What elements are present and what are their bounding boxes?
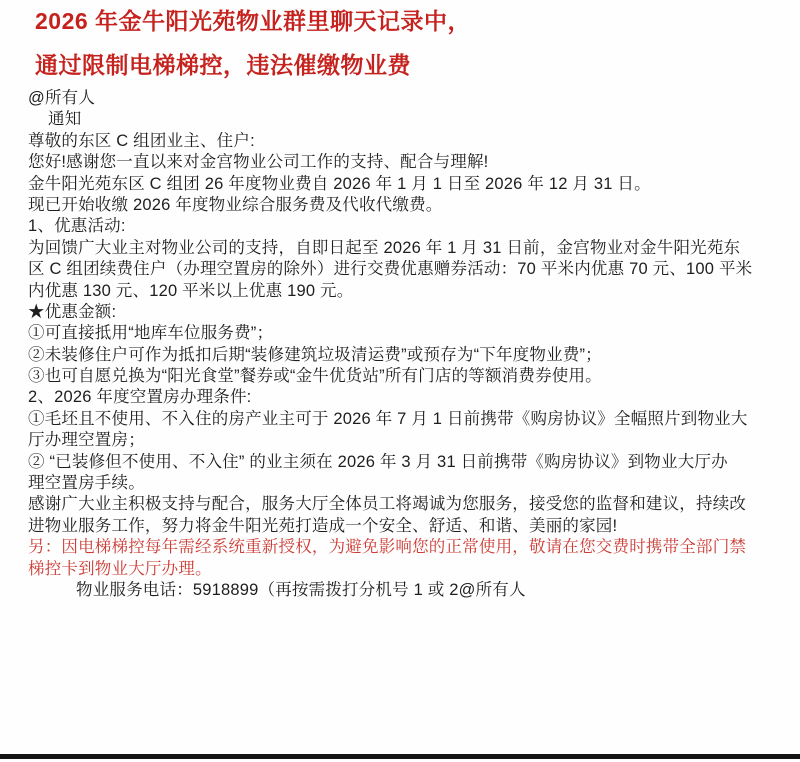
body-line-at-all: @所有人 bbox=[28, 88, 772, 109]
bottom-border bbox=[0, 754, 800, 759]
body-line-promo-2: 区 C 组团续费住户（办理空置房的除外）进行交费优惠赠券活动：70 平米内优惠 … bbox=[28, 259, 772, 280]
body-line-elevator-alert-1: 另：因电梯梯控每年需经系统重新授权，为避免影响您的正常使用，敬请在您交费时携带全… bbox=[28, 537, 772, 558]
body-line-discount-amount-title: ★优惠金额: bbox=[28, 302, 772, 323]
heading-line-1: 2026 年金牛阳光苑物业群里聊天记录中， bbox=[35, 8, 471, 34]
notice-heading: 2026 年金牛阳光苑物业群里聊天记录中， 通过限制电梯梯控，违法催缴物业费 bbox=[35, 8, 471, 78]
body-line-thanks-2: 进物业服务工作，努力将金牛阳光苑打造成一个安全、舒适、和谐、美丽的家园! bbox=[28, 516, 772, 537]
body-line-discount-use-1: ①可直接抵用“地库车位服务费”； bbox=[28, 323, 772, 344]
body-line-section1-title: 1、优惠活动: bbox=[28, 216, 772, 237]
body-line-thanks-1: 感谢广大业主积极支持与配合，服务大厅全体员工将竭诚为您服务，接受您的监督和建议，… bbox=[28, 494, 772, 515]
body-line-salutation: 尊敬的东区 C 组团业主、住户: bbox=[28, 131, 772, 152]
notice-body: @所有人 通知 尊敬的东区 C 组团业主、住户: 您好!感谢您一直以来对金宫物业… bbox=[28, 88, 772, 601]
body-line-discount-use-2: ②未装修住户可作为抵扣后期“装修建筑垃圾清运费”或预存为“下年度物业费”； bbox=[28, 345, 772, 366]
body-line-vacant-cond-1b: 厅办理空置房； bbox=[28, 430, 772, 451]
body-line-elevator-alert-2: 梯控卡到物业大厅办理。 bbox=[28, 559, 772, 580]
body-line-collection-start: 现已开始收缴 2026 年度物业综合服务费及代收代缴费。 bbox=[28, 195, 772, 216]
body-line-promo-1: 为回馈广大业主对物业公司的支持，自即日起至 2026 年 1 月 31 日前，金… bbox=[28, 238, 772, 259]
body-line-fee-period: 金牛阳光苑东区 C 组团 26 年度物业费自 2026 年 1 月 1 日至 2… bbox=[28, 174, 772, 195]
body-line-vacant-cond-1a: ①毛坯且不使用、不入住的房产业主可于 2026 年 7 月 1 日前携带《购房协… bbox=[28, 409, 772, 430]
notice-document: 2026 年金牛阳光苑物业群里聊天记录中， 通过限制电梯梯控，违法催缴物业费 @… bbox=[0, 0, 800, 762]
body-line-promo-3: 内优惠 130 元、120 平米以上优惠 190 元。 bbox=[28, 281, 772, 302]
body-line-notice-label: 通知 bbox=[28, 109, 772, 130]
body-line-section2-title: 2、2026 年度空置房办理条件: bbox=[28, 387, 772, 408]
body-line-vacant-cond-2b: 理空置房手续。 bbox=[28, 473, 772, 494]
body-line-phone: 物业服务电话：5918899（再按需拨打分机号 1 或 2@所有人 bbox=[28, 580, 772, 601]
heading-line-2: 通过限制电梯梯控，违法催缴物业费 bbox=[35, 52, 471, 78]
body-line-discount-use-3: ③也可自愿兑换为“阳光食堂”餐券或“金牛优货站”所有门店的等额消费券使用。 bbox=[28, 366, 772, 387]
body-line-greeting: 您好!感谢您一直以来对金宫物业公司工作的支持、配合与理解! bbox=[28, 152, 772, 173]
body-line-vacant-cond-2a: ② “已装修但不使用、不入住” 的业主须在 2026 年 3 月 31 日前携带… bbox=[28, 452, 772, 473]
